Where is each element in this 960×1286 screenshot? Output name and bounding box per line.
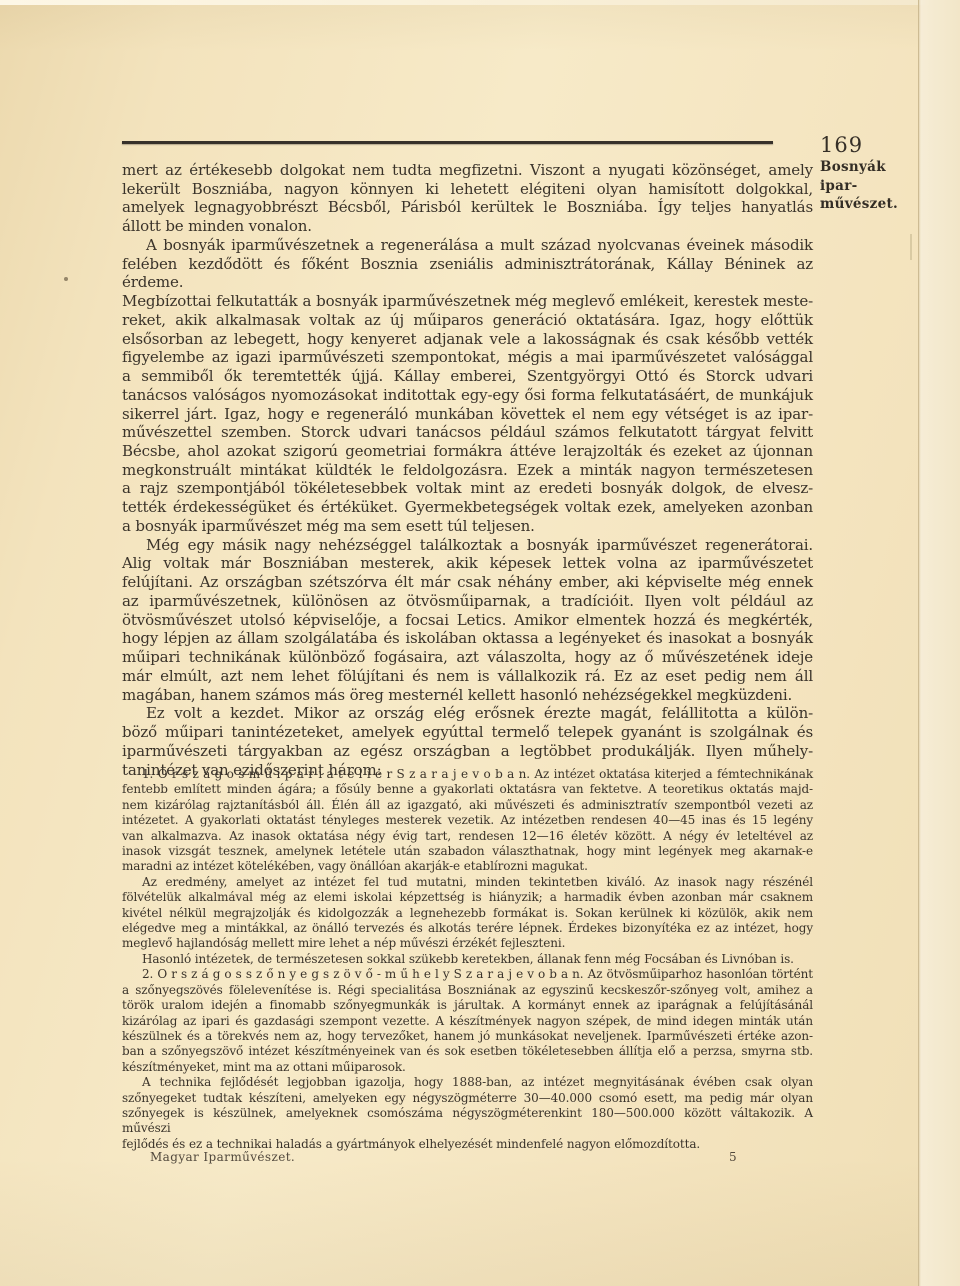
text-line: felújítani. Az országban szétszórva élt … [122,573,813,592]
text-line: az iparművészetnek, különösen az ötvösmű… [122,592,813,611]
text-line: sikerrel járt. Igaz, hogy e regeneráló m… [122,405,813,424]
text-line: hogy lépjen az állam szolgálatába és isk… [122,629,813,648]
margin-note-line: Bosnyák [820,158,950,177]
text-line: szőnyegeket tudtak készíteni, amelyeken … [122,1091,813,1106]
text-line: Az eredmény, amelyet az intézet fel tud … [122,875,813,890]
text-line: elsősorban az lebegett, hogy kenyeret ad… [122,330,813,349]
paper-speck [910,234,912,260]
text-line: a bosnyák iparművészet még ma sem esett … [122,517,813,536]
text-line: készülnek és a törekvés nem az, hogy ter… [122,1029,813,1044]
page-number: 169 [820,133,863,157]
paragraph: A bosnyák iparművészetnek a regenerálása… [122,236,813,536]
text-line: megkonstruált mintákat küldték le feldol… [122,461,813,480]
text-line: reket, akik alkalmasak voltak az új műip… [122,311,813,330]
small-print: 1. O r s z á g o s m ű i p a r i a t e l… [122,767,813,1152]
text-line: magában, hanem számos más öreg mesternél… [122,686,813,705]
text-line: nem kizárólag rajztanításból áll. Élén á… [122,798,813,813]
text-line: inasok vizsgát tesznek, amelynek letétel… [122,844,813,859]
paper-speck [64,277,68,281]
text-line: fölvételük alkalmával még az elemi iskol… [122,890,813,905]
text-line: ötvösművészet utolsó képviselője, a focs… [122,611,813,630]
page-footer: Magyar Iparművészet. 5 [0,1150,960,1170]
text-line: a szőnyegszövés fölelevenítése is. Régi … [122,983,813,998]
text-line: a rajz szempontjából tökéletesebbek volt… [122,479,813,498]
text-line: Ez volt a kezdet. Mikor az ország elég e… [122,704,813,723]
text-line: tanácsos valóságos nyomozásokat inditott… [122,386,813,405]
body-text: mert az értékesebb dolgokat nem tudta me… [122,161,813,779]
scan-top-edge [0,0,960,5]
text-line: A technika fejlődését legjobban igazolja… [122,1075,813,1090]
text-line: 2. O r s z á g o s s z ő n y e g s z ö v… [122,967,813,982]
text-line: lekerült Boszniába, nagyon könnyen ki le… [122,180,813,199]
margin-note: Bosnyák ipar- művészet. [820,158,950,214]
journal-name: Magyar Iparművészet. [150,1150,295,1164]
text-line: Hasonló intézetek, de természetesen sokk… [122,952,813,967]
text-line: szőnyegek is készülnek, amelyeknek csomó… [122,1106,813,1137]
text-line: Bécsbe, ahol azokat szigorú geometriai f… [122,442,813,461]
text-line: állott be minden vonalon. [122,217,813,236]
text-line: művészettel szemben. Storck udvari tanác… [122,423,813,442]
scanned-page: 169 Bosnyák ipar- művészet. mert az érté… [0,0,960,1286]
text-line: figyelembe az igazi iparművészeti szempo… [122,348,813,367]
text-line: Alig voltak már Boszniában mesterek, aki… [122,554,813,573]
paragraph: mert az értékesebb dolgokat nem tudta me… [122,161,813,236]
text-line: böző műipari tanintézeteket, amelyek egy… [122,723,813,742]
text-line: tették érdekességüket és értéküket. Gyer… [122,498,813,517]
paragraph: Hasonló intézetek, de természetesen sokk… [122,952,813,967]
paragraph: 1. O r s z á g o s m ű i p a r i a t e l… [122,767,813,875]
text-line: van alkalmazva. Az inasok oktatása négy … [122,829,813,844]
text-line: török uralom idején a finomabb szőnyegmu… [122,998,813,1013]
paragraph: Az eredmény, amelyet az intézet fel tud … [122,875,813,952]
text-line: 1. O r s z á g o s m ű i p a r i a t e l… [122,767,813,782]
text-line: kizárólag az ipari és gazdasági szempont… [122,1014,813,1029]
text-line: már elmúlt, azt nem lehet fölújítani és … [122,667,813,686]
text-line: a semmiből ők teremtették újjá. Kállay e… [122,367,813,386]
paragraph: Még egy másik nagy nehézséggel találkozt… [122,536,813,705]
text-line: iparművészeti tárgyakban az egész ország… [122,742,813,761]
text-line: ban a szőnyegszövő intézet készítményein… [122,1044,813,1059]
text-line: készítményeket, mint ma az ottani műipar… [122,1060,813,1075]
text-line: A bosnyák iparművészetnek a regenerálása… [122,236,813,255]
text-line: amelyek legnagyobbrészt Bécsből, Párisbó… [122,198,813,217]
text-line: kivétel nélkül megrajzolják és kidolgozz… [122,906,813,921]
text-line: elégedve meg a mintákkal, az önálló terv… [122,921,813,936]
text-line: intézetet. A gyakorlati oktatást tényleg… [122,813,813,828]
text-line: fentebb említett minden ágára; a fősúly … [122,782,813,797]
text-line: maradni az intézet kötelékében, vagy öná… [122,859,813,874]
margin-note-line: művészet. [820,195,950,214]
text-line: műipari technikának különböző fogásaira,… [122,648,813,667]
paragraph: 2. O r s z á g o s s z ő n y e g s z ö v… [122,967,813,1075]
text-line: Megbízottai felkutatták a bosnyák iparmű… [122,292,813,311]
text-line: Még egy másik nagy nehézséggel találkozt… [122,536,813,555]
margin-note-line: ipar- [820,177,950,196]
text-line: meglevő hajlandóság mellett mire lehet a… [122,936,813,951]
paragraph: A technika fejlődését legjobban igazolja… [122,1075,813,1152]
text-line: mert az értékesebb dolgokat nem tudta me… [122,161,813,180]
text-line: felében kezdődött és főként Bosznia zsen… [122,255,813,292]
header-rule [122,141,773,144]
sheet-signature: 5 [729,1150,737,1164]
